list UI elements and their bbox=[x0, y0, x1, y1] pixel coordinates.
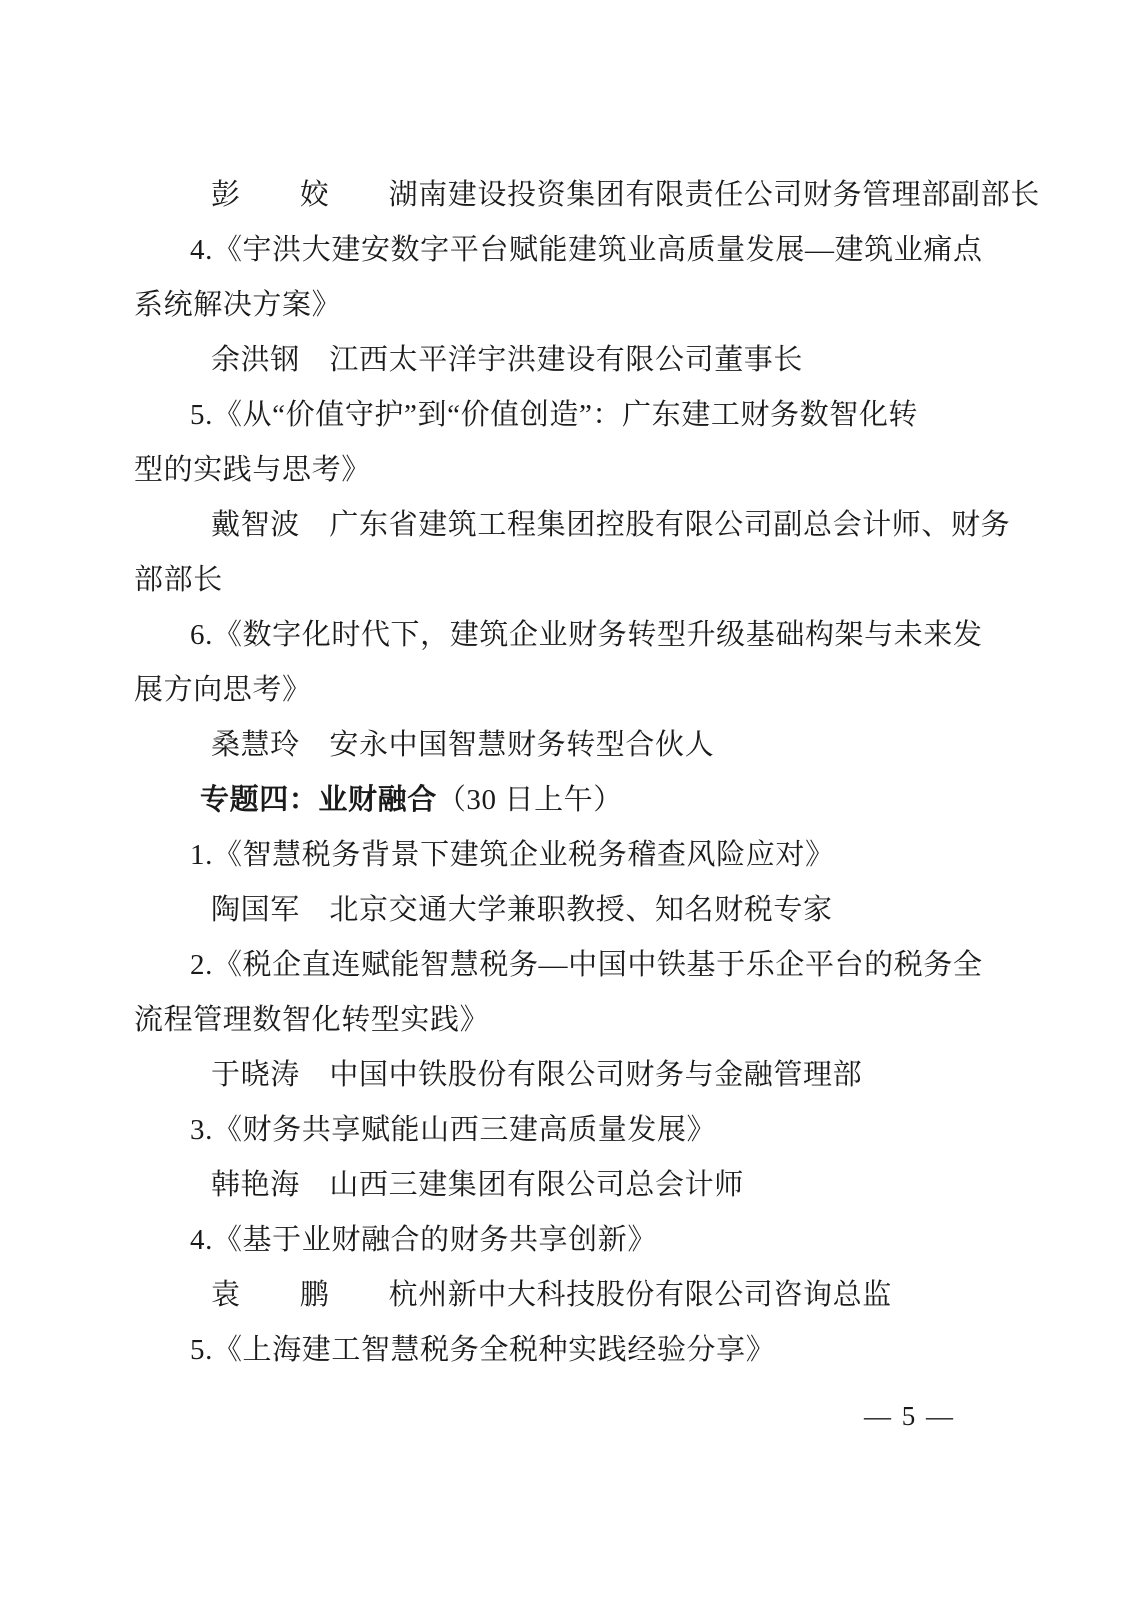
text-line: 戴智波 广东省建筑工程集团控股有限公司副总会计师、财务 bbox=[134, 498, 1000, 553]
text-line: 彭 姣 湖南建设投资集团有限责任公司财务管理部副部长 bbox=[134, 168, 1000, 223]
text-line: 1.《智慧税务背景下建筑企业税务稽查风险应对》 bbox=[134, 828, 1000, 883]
text-line: 部部长 bbox=[134, 553, 1000, 608]
text-line: 4.《宇洪大建安数字平台赋能建筑业高质量发展—建筑业痛点 bbox=[134, 223, 1000, 278]
text-line: 5.《从“价值守护”到“价值创造”：广东建工财务数智化转 bbox=[134, 388, 1000, 443]
text-line: 于晓涛 中国中铁股份有限公司财务与金融管理部 bbox=[134, 1048, 1000, 1103]
document-page: { "page": { "background": "#ffffff", "te… bbox=[0, 0, 1131, 1600]
text-line: 韩艳海 山西三建集团有限公司总会计师 bbox=[134, 1158, 1000, 1213]
text-line: 型的实践与思考》 bbox=[134, 443, 1000, 498]
section-heading-title: 专题四：业财融合 bbox=[200, 784, 437, 816]
text-line: 6.《数字化时代下，建筑企业财务转型升级基础构架与未来发 bbox=[134, 608, 1000, 663]
section-heading-time: （30 日上午） bbox=[437, 784, 623, 816]
text-line: 袁 鹏 杭州新中大科技股份有限公司咨询总监 bbox=[134, 1268, 1000, 1323]
page-number: — 5 — bbox=[864, 1398, 955, 1434]
text-line: 4.《基于业财融合的财务共享创新》 bbox=[134, 1213, 1000, 1268]
text-line: 3.《财务共享赋能山西三建高质量发展》 bbox=[134, 1103, 1000, 1158]
text-line: 陶国军 北京交通大学兼职教授、知名财税专家 bbox=[134, 883, 1000, 938]
text-line: 5.《上海建工智慧税务全税种实践经验分享》 bbox=[134, 1323, 1000, 1378]
text-line: 流程管理数智化转型实践》 bbox=[134, 993, 1000, 1048]
text-line: 余洪钢 江西太平洋宇洪建设有限公司董事长 bbox=[134, 333, 1000, 388]
text-line: 桑慧玲 安永中国智慧财务转型合伙人 bbox=[134, 718, 1000, 773]
section-heading: 专题四：业财融合（30 日上午） bbox=[134, 773, 1000, 828]
document-body: 彭 姣 湖南建设投资集团有限责任公司财务管理部副部长4.《宇洪大建安数字平台赋能… bbox=[134, 168, 1000, 1378]
text-line: 2.《税企直连赋能智慧税务—中国中铁基于乐企平台的税务全 bbox=[134, 938, 1000, 993]
text-line: 展方向思考》 bbox=[134, 663, 1000, 718]
text-line: 系统解决方案》 bbox=[134, 278, 1000, 333]
